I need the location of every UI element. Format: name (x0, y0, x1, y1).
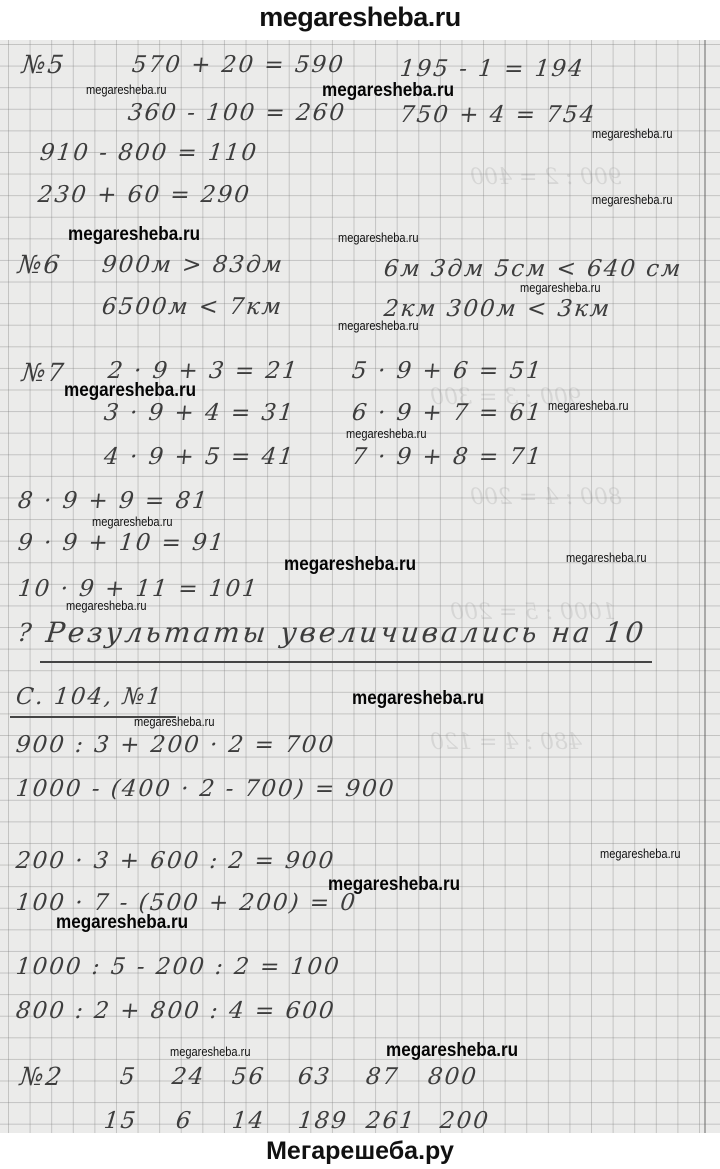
task7-line: 8 · 9 + 9 = 81 (17, 488, 211, 514)
watermark: megaresheba.ru (520, 280, 600, 295)
task2-value: 14 (231, 1108, 267, 1133)
watermark: megaresheba.ru (134, 714, 214, 729)
conclusion-underline (40, 661, 652, 663)
task2-value: 87 (365, 1064, 401, 1090)
task5-line: 195 - 1 = 194 (399, 56, 586, 82)
watermark: megaresheba.ru (86, 82, 166, 97)
watermark: megaresheba.ru (284, 554, 416, 576)
site-footer: Мегарешеба.ру (0, 1133, 720, 1169)
show-through-text: 480 : 4 = 120 (430, 730, 582, 755)
task7-line: 3 · 9 + 4 = 31 (103, 400, 297, 426)
page104-task1-line: 1000 - (400 · 2 - 700) = 900 (15, 776, 397, 802)
watermark: megaresheba.ru (338, 230, 418, 245)
watermark: megaresheba.ru (592, 192, 672, 207)
page104-task1-line: 200 · 3 + 600 : 2 = 900 (15, 848, 337, 874)
task7-line: 9 · 9 + 10 = 91 (17, 530, 227, 556)
watermark: megaresheba.ru (600, 846, 680, 861)
watermark: megaresheba.ru (322, 80, 454, 102)
watermark: megaresheba.ru (64, 380, 196, 402)
task5-line: 750 + 4 = 754 (399, 102, 598, 128)
task5-line: 910 - 800 = 110 (39, 140, 260, 166)
watermark: megaresheba.ru (386, 1040, 518, 1062)
show-through-text: 900 : 2 = 400 (470, 165, 622, 190)
notebook-page: 900 : 2 = 400 900 : 3 = 300 800 : 4 = 20… (0, 40, 720, 1133)
task2-value: 15 (103, 1108, 139, 1133)
watermark: megaresheba.ru (338, 318, 418, 333)
task7-line: 4 · 9 + 5 = 41 (103, 444, 297, 470)
page104-task1-line: 1000 : 5 - 200 : 2 = 100 (15, 954, 342, 980)
page104-task1-line: 800 : 2 + 800 : 4 = 600 (15, 998, 337, 1024)
watermark: megaresheba.ru (548, 398, 628, 413)
task2-value: 200 (439, 1108, 492, 1133)
watermark: megaresheba.ru (352, 688, 484, 710)
show-through-text: 800 : 4 = 200 (470, 485, 622, 510)
watermark: megaresheba.ru (170, 1044, 250, 1059)
watermark: megaresheba.ru (68, 224, 200, 246)
page104-task1-line: 900 : 3 + 200 · 2 = 700 (15, 732, 337, 758)
task7-label: №7 (20, 358, 67, 387)
task2-value: 56 (231, 1064, 267, 1090)
task5-label: №5 (20, 50, 67, 79)
watermark: megaresheba.ru (56, 912, 188, 934)
question-mark: ? (16, 618, 34, 647)
watermark: megaresheba.ru (566, 550, 646, 565)
task7-line: 5 · 9 + 6 = 51 (351, 358, 545, 384)
site-footer-title: Мегарешеба.ру (266, 1137, 454, 1165)
page104-task1-label: С. 104, №1 (15, 684, 165, 710)
watermark: megaresheba.ru (66, 598, 146, 613)
task2-label: №2 (18, 1062, 65, 1091)
margin-line (704, 40, 706, 1133)
task2-value: 6 (175, 1108, 194, 1133)
task7-line: 6 · 9 + 7 = 61 (351, 400, 545, 426)
task2-value: 261 (365, 1108, 418, 1133)
task7-conclusion: Результаты увеличивались на 10 (44, 616, 648, 649)
task5-line: 360 - 100 = 260 (127, 100, 348, 126)
task6-line: 900м > 83дм (101, 252, 286, 278)
task2-value: 800 (427, 1064, 480, 1090)
task6-line: 6500м < 7км (101, 294, 285, 320)
watermark: megaresheba.ru (346, 426, 426, 441)
task5-line: 230 + 60 = 290 (37, 182, 253, 208)
watermark: megaresheba.ru (592, 126, 672, 141)
task5-line: 570 + 20 = 590 (131, 52, 347, 78)
task2-value: 24 (171, 1064, 207, 1090)
task2-value: 189 (297, 1108, 350, 1133)
site-header: megaresheba.ru (0, 0, 720, 40)
watermark: megaresheba.ru (328, 874, 460, 896)
task7-line: 7 · 9 + 8 = 71 (351, 444, 545, 470)
site-title: megaresheba.ru (259, 2, 461, 32)
task6-label: №6 (16, 250, 63, 279)
task2-value: 5 (119, 1064, 138, 1090)
task6-line: 6м 3дм 5см < 640 см (383, 256, 684, 282)
task2-value: 63 (297, 1064, 333, 1090)
watermark: megaresheba.ru (92, 514, 172, 529)
